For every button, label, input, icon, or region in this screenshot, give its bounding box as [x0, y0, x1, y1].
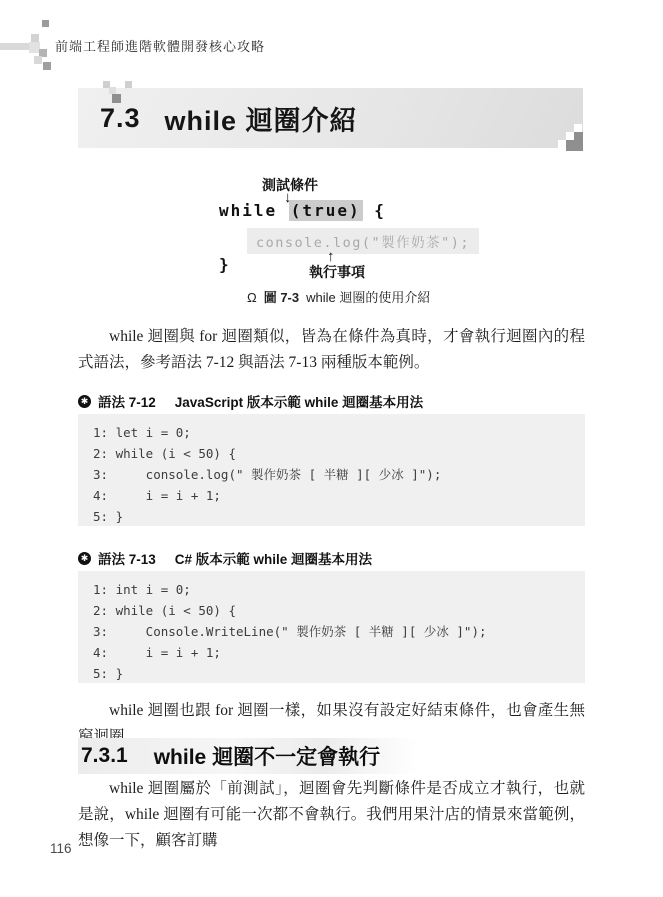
paragraph: while 迴圈屬於「前測試」，迴圈會先判斷條件是否成立才執行，也就是說，whi…: [78, 776, 585, 854]
code-line: 1: int i = 0;: [93, 579, 585, 600]
listing-number: 語法 7-13: [98, 548, 156, 568]
code-line: 3: console.log(" 製作奶茶 [ 半糖 ][ 少冰 ]");: [93, 464, 585, 485]
code-line: 2: while (i < 50) {: [93, 600, 585, 621]
figure-marker-icon: Ω: [247, 290, 257, 305]
figure-body-code: console.log("製作奶茶");: [247, 228, 479, 254]
syntax-listing-icon: ✱: [78, 552, 91, 565]
pixel-decoration: [566, 132, 574, 140]
running-head: 前端工程師進階軟體開發核心攻略: [55, 36, 265, 55]
pixel-decoration: [566, 140, 583, 151]
code-block-javascript: 1: let i = 0; 2: while (i < 50) { 3: con…: [78, 414, 585, 526]
pixel-decoration: [42, 20, 49, 27]
figure-caption: Ω 圖 7-3 while 迴圈的使用介紹: [247, 287, 430, 306]
code-line: 5: }: [93, 663, 585, 684]
book-page: 前端工程師進階軟體開發核心攻略 7.3while 迴圈介紹 測試條件 ↓ whi…: [0, 0, 663, 897]
section-banner: 7.3while 迴圈介紹: [78, 88, 583, 148]
listing-title: JavaScript 版本示範 while 迴圈基本用法: [175, 391, 423, 411]
closing-brace: }: [219, 255, 231, 274]
code-block-csharp: 1: int i = 0; 2: while (i < 50) { 3: Con…: [78, 571, 585, 683]
condition-highlight: (true): [289, 200, 363, 221]
open-brace: {: [363, 201, 386, 220]
subsection-heading: 7.3.1while 迴圈不一定會執行: [78, 738, 418, 774]
pixel-decoration: [43, 62, 51, 70]
code-line: 4: i = i + 1;: [93, 485, 585, 506]
header-bar-decoration: [0, 43, 30, 50]
listing-title: C# 版本示範 while 迴圈基本用法: [175, 548, 372, 568]
code-line: 4: i = i + 1;: [93, 642, 585, 663]
section-number: 7.3: [100, 103, 141, 134]
pixel-decoration: [34, 56, 42, 64]
code-line: 2: while (i < 50) {: [93, 443, 585, 464]
figure-number: 圖 7-3: [264, 287, 299, 306]
pixel-decoration: [558, 140, 566, 148]
code-line: 1: let i = 0;: [93, 422, 585, 443]
section-heading: 7.3while 迴圈介紹: [100, 88, 358, 148]
code-line: 3: Console.WriteLine(" 製作奶茶 [ 半糖 ][ 少冰 ]…: [93, 621, 585, 642]
page-number: 116: [50, 841, 72, 856]
section-title: while 迴圈介紹: [165, 99, 358, 138]
code-line: 5: }: [93, 506, 585, 527]
while-keyword: while: [219, 201, 289, 220]
listing-label-7-13: ✱ 語法 7-13 C# 版本示範 while 迴圈基本用法: [78, 548, 372, 568]
figure-while-line: while (true) {: [219, 201, 386, 220]
syntax-listing-icon: ✱: [78, 395, 91, 408]
figure-caption-text: while 迴圈的使用介紹: [306, 287, 430, 306]
pixel-decoration: [125, 81, 132, 88]
paragraph: while 迴圈與 for 迴圈類似，皆為在條件為真時，才會執行迴圈內的程式語法…: [78, 324, 585, 376]
pixel-decoration: [109, 87, 116, 94]
subsection-title: while 迴圈不一定會執行: [154, 741, 380, 771]
figure-body-label: 執行事項: [309, 262, 365, 282]
pixel-decoration: [31, 34, 39, 42]
listing-number: 語法 7-12: [98, 391, 156, 411]
pixel-decoration: [574, 132, 583, 140]
listing-label-7-12: ✱ 語法 7-12 JavaScript 版本示範 while 迴圈基本用法: [78, 391, 423, 411]
pixel-decoration: [112, 94, 121, 103]
pixel-decoration: [574, 124, 582, 132]
subsection-number: 7.3.1: [81, 744, 128, 768]
